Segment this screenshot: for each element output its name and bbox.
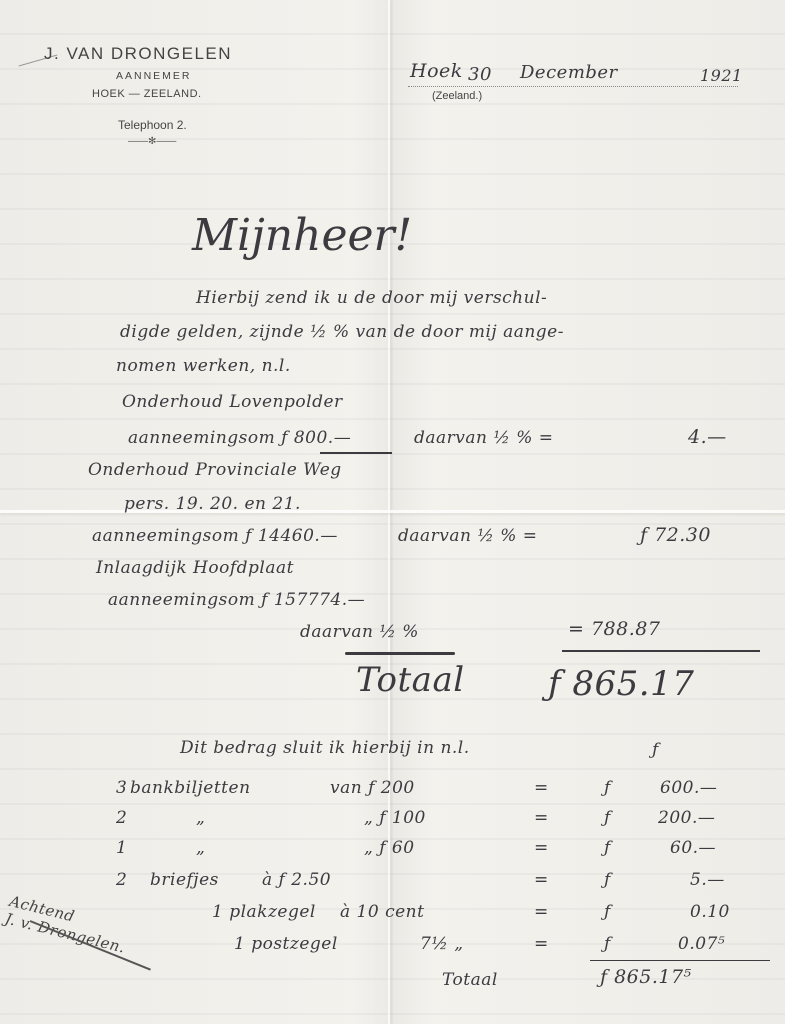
intro-line: nomen werken, n.l. bbox=[116, 356, 291, 376]
row-desc: „ bbox=[196, 808, 205, 828]
paper-fold-horizontal bbox=[0, 510, 785, 513]
row-currency: ƒ bbox=[604, 870, 611, 890]
work-title: Inlaagdijk Hoofdplaat bbox=[96, 558, 294, 578]
work-amount: 4.— bbox=[688, 426, 727, 448]
sum-rule bbox=[562, 650, 760, 652]
row-currency: ƒ bbox=[604, 778, 611, 798]
row-desc: 1 plakzegel bbox=[212, 902, 316, 922]
row-desc: „ bbox=[196, 838, 205, 858]
flourish bbox=[345, 652, 455, 655]
row-currency: ƒ bbox=[604, 902, 611, 922]
row-amount: 600.— bbox=[660, 778, 717, 798]
work-percentage: daarvan ½ % = bbox=[414, 428, 554, 448]
intro-line: digde gelden, zijnde ½ % van de door mij… bbox=[120, 322, 564, 342]
row-equals: = bbox=[534, 870, 549, 890]
row-qty: 3 bbox=[116, 778, 127, 798]
letterhead-role: AANNEMER bbox=[116, 70, 192, 82]
work-detail: aanneemingsom ƒ 800.— bbox=[128, 428, 351, 448]
letterhead-place: HOEK — ZEELAND. bbox=[92, 88, 202, 100]
date-month: December bbox=[520, 62, 618, 83]
work-title: Onderhoud Lovenpolder bbox=[122, 392, 343, 412]
intro-line: Hierbij zend ik u de door mij verschul- bbox=[196, 288, 547, 308]
row-unit: 7½ „ bbox=[420, 934, 464, 954]
work-amount: ƒ 72.30 bbox=[640, 524, 711, 546]
date-year: 1921 bbox=[700, 66, 743, 85]
row-amount: 5.— bbox=[690, 870, 725, 890]
enclosure-intro: Dit bedrag sluit ik hierbij in n.l. bbox=[180, 738, 470, 758]
work-title: Onderhoud Provinciale Weg bbox=[88, 460, 342, 480]
row-unit: van ƒ 200 bbox=[330, 778, 415, 798]
enclosure-total-label: Totaal bbox=[442, 970, 498, 990]
row-qty: 2 bbox=[116, 870, 127, 890]
work-percentage: daarvan ½ % bbox=[300, 622, 419, 642]
letterhead-telephone: Telephoon 2. bbox=[118, 118, 187, 132]
row-desc: 1 postzegel bbox=[234, 934, 338, 954]
row-currency: ƒ bbox=[604, 808, 611, 828]
row-amount: 0.10 bbox=[690, 902, 730, 922]
row-desc: bankbiljetten bbox=[130, 778, 251, 798]
date-place: Hoek bbox=[410, 60, 463, 82]
row-equals: = bbox=[534, 808, 549, 828]
work-detail: aanneemingsom ƒ 14460.— bbox=[92, 526, 338, 546]
total-amount: ƒ 865.17 bbox=[548, 664, 694, 704]
row-qty: 1 bbox=[116, 838, 127, 858]
date-day: 30 bbox=[468, 64, 492, 85]
sum-rule bbox=[590, 960, 770, 961]
date-region: (Zeeland.) bbox=[432, 90, 482, 102]
row-unit: à ƒ 2.50 bbox=[262, 870, 331, 890]
work-amount: = 788.87 bbox=[568, 618, 660, 640]
letterhead-name: J. VAN DRONGELEN bbox=[44, 44, 232, 64]
row-unit: „ ƒ 100 bbox=[364, 808, 426, 828]
row-qty: 2 bbox=[116, 808, 127, 828]
row-amount: 60.— bbox=[670, 838, 716, 858]
row-equals: = bbox=[534, 902, 549, 922]
row-unit: „ ƒ 60 bbox=[364, 838, 415, 858]
row-desc: briefjes bbox=[150, 870, 219, 890]
work-percentage: daarvan ½ % = bbox=[398, 526, 538, 546]
row-unit: à 10 cent bbox=[340, 902, 424, 922]
salutation: Mijnheer! bbox=[192, 210, 412, 261]
work-subtitle: pers. 19. 20. en 21. bbox=[124, 494, 301, 514]
total-label: Totaal bbox=[356, 660, 465, 700]
row-currency: ƒ bbox=[604, 934, 611, 954]
row-equals: = bbox=[534, 934, 549, 954]
work-detail: aanneemingsom ƒ 157774.— bbox=[108, 590, 365, 610]
row-equals: = bbox=[534, 838, 549, 858]
underline bbox=[320, 452, 392, 454]
row-amount: 0.07⁵ bbox=[678, 934, 725, 954]
row-currency: ƒ bbox=[604, 838, 611, 858]
enclosure-total-amount: ƒ 865.17⁵ bbox=[600, 966, 692, 988]
letterhead-ornament: ——✻—— bbox=[128, 136, 176, 147]
row-amount: 200.— bbox=[658, 808, 715, 828]
row-equals: = bbox=[534, 778, 549, 798]
enclosure-currency: ƒ bbox=[652, 740, 659, 760]
